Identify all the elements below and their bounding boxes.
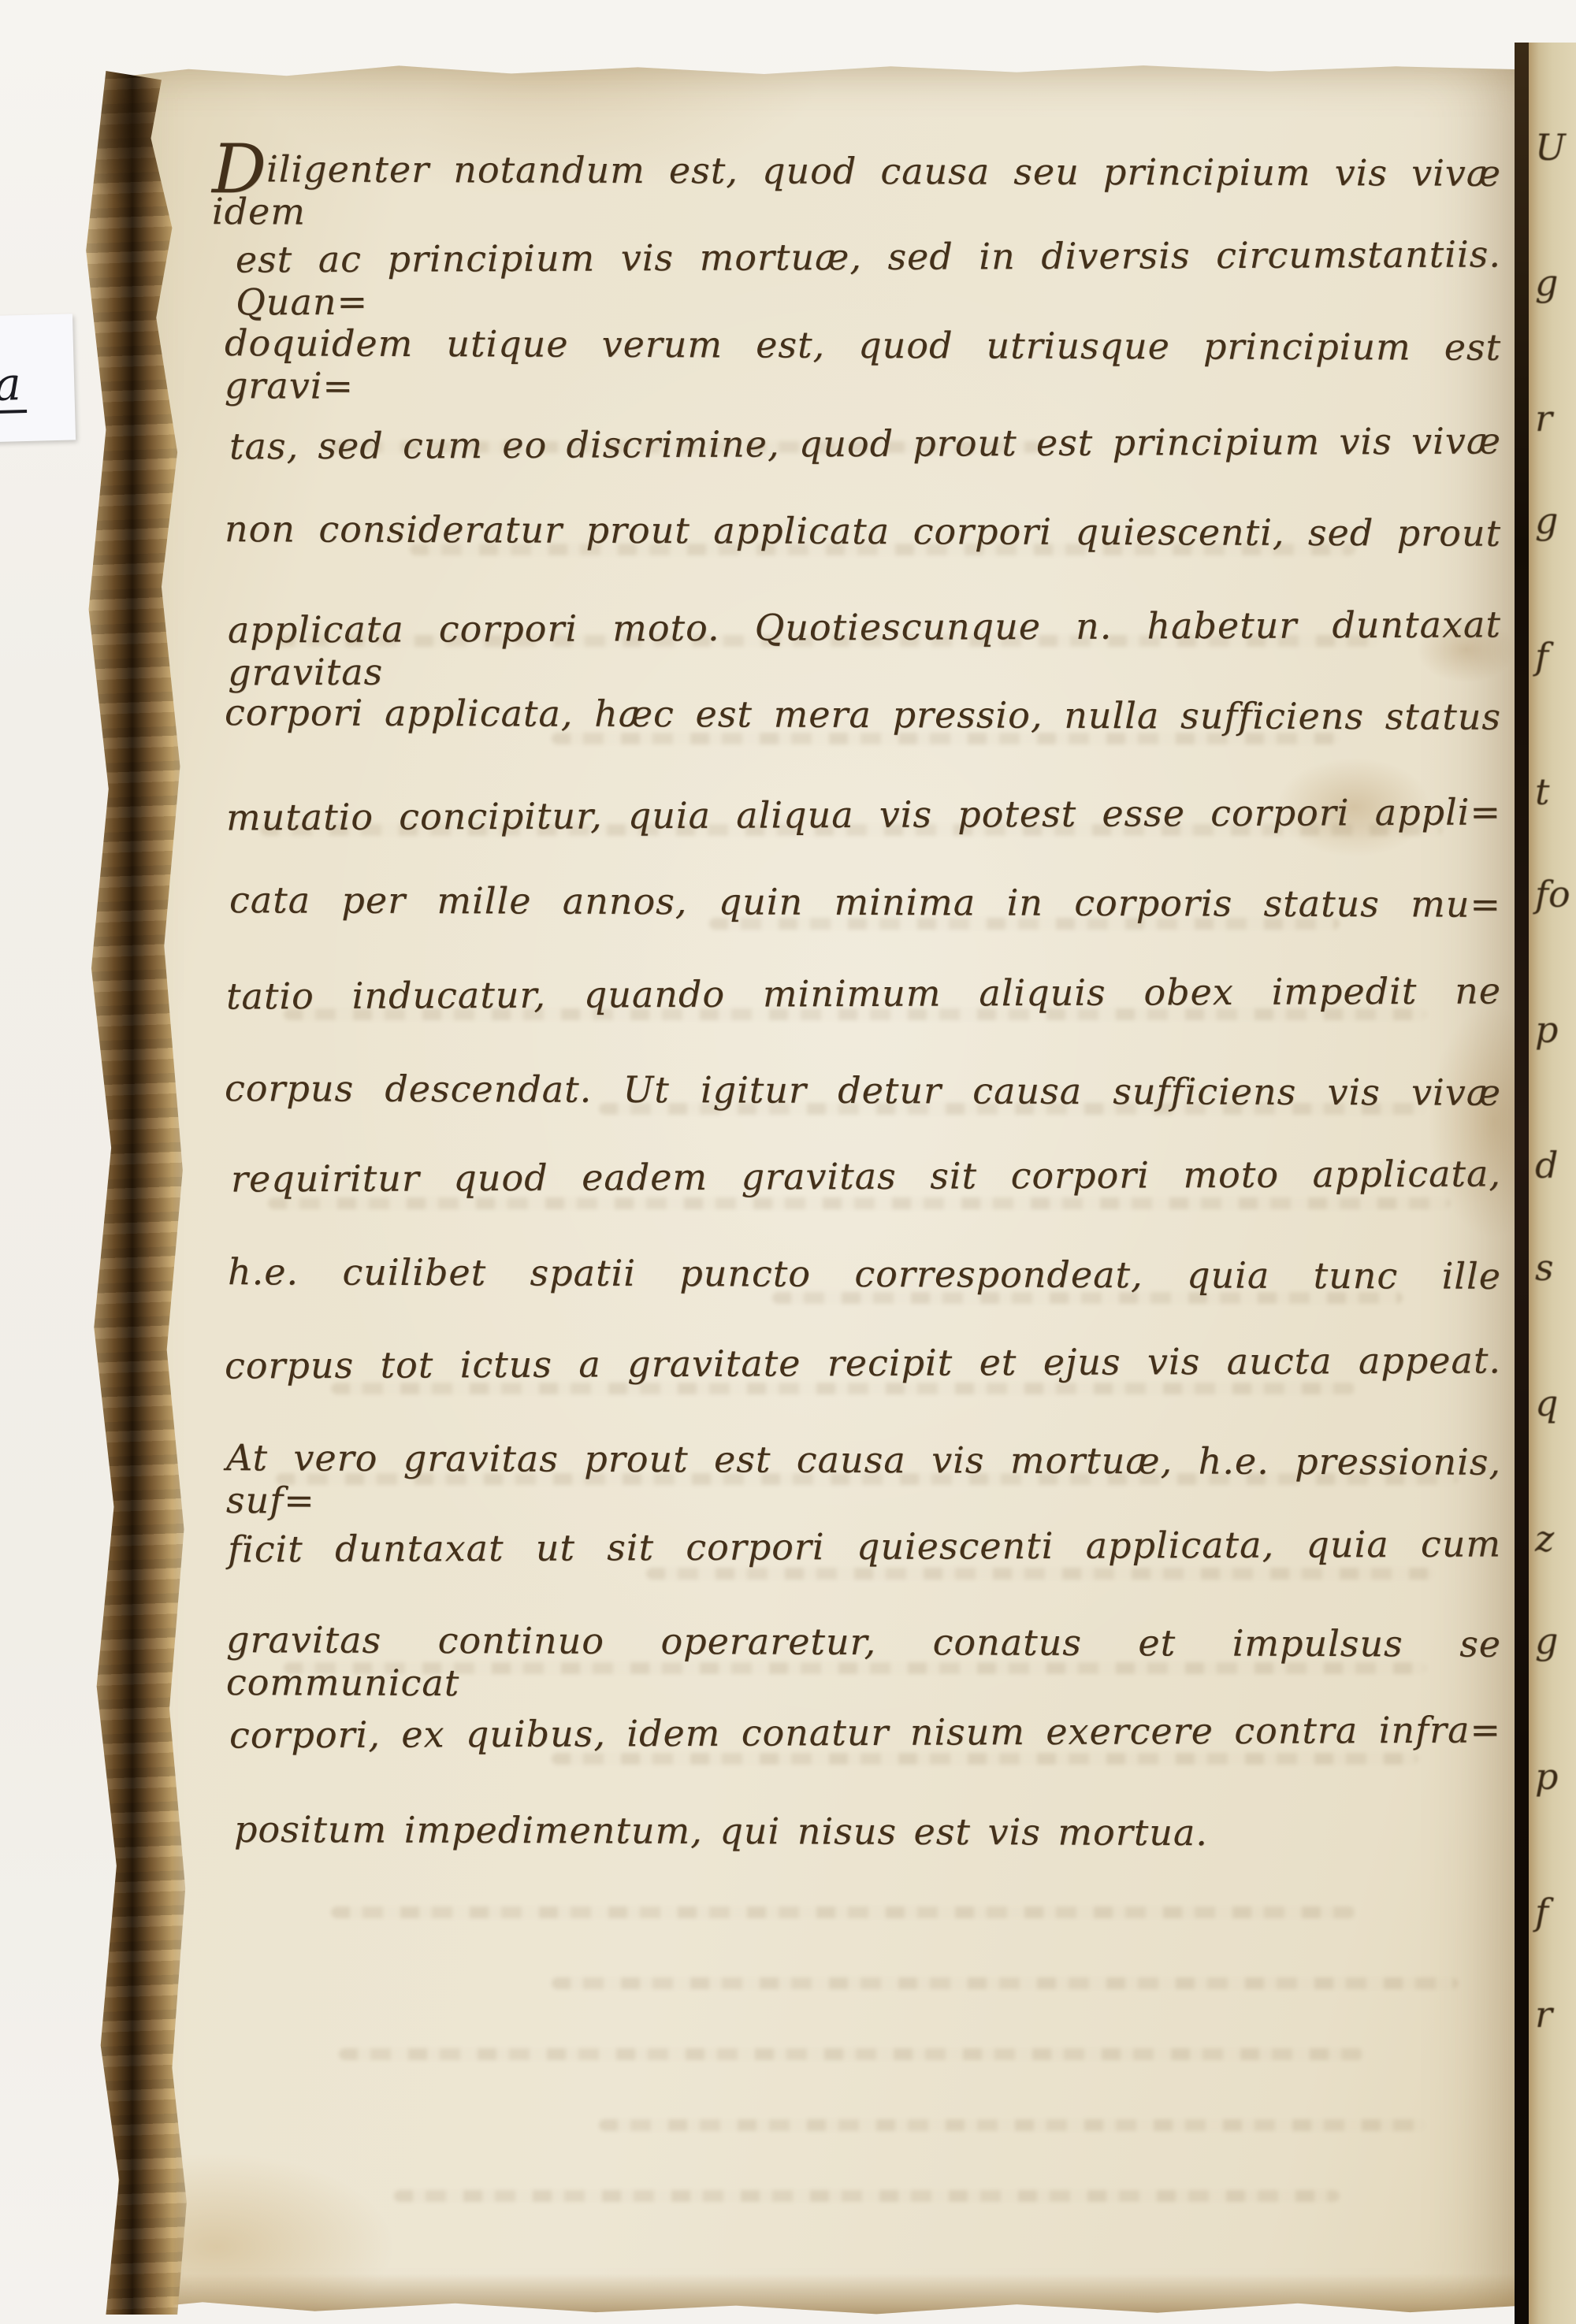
- book-gutter: [1515, 43, 1529, 2324]
- manuscript-line: est ac principium vis mortuæ, sed in div…: [236, 233, 1501, 325]
- facing-page-text-fragment: U: [1535, 129, 1566, 165]
- facing-page-text-fragment: p: [1535, 1012, 1558, 1048]
- manuscript-line: ficit duntaxat ut sit corpori quiescenti…: [228, 1522, 1501, 1570]
- manuscript-line: cata per mille annos, quin minima in cor…: [229, 879, 1501, 926]
- facing-page-text-fragment: q: [1535, 1385, 1558, 1421]
- manuscript-line: mutatio concipitur, quia aliqua vis pote…: [226, 791, 1501, 839]
- facing-page-edge: Ugrgftfopdsqzgpfr: [1529, 43, 1576, 2324]
- manuscript-line: At vero gravitas prout est causa vis mor…: [226, 1436, 1501, 1526]
- manuscript-line: applicata corpori moto. Quotiescunque n.…: [228, 603, 1501, 694]
- facing-page-text-fragment: f: [1535, 638, 1548, 674]
- facing-page-text-fragment: r: [1535, 400, 1552, 436]
- facing-page-text-fragment: fo: [1535, 876, 1570, 912]
- manuscript-line: doquidem utique verum est, quod utriusqu…: [225, 321, 1501, 411]
- manuscript-line: gravitas continuo operaretur, conatus et…: [226, 1618, 1501, 1708]
- manuscript-line: requiritur quod eadem gravitas sit corpo…: [231, 1153, 1501, 1201]
- manuscript-line: non consideratur prout applicata corpori…: [225, 507, 1501, 555]
- facing-page-text-fragment: r: [1535, 1996, 1552, 2033]
- text-layer: Diligenter notandum est, quod causa seu …: [0, 0, 1576, 2324]
- manuscript-line: h.e. cuilibet spatii puncto correspondea…: [228, 1250, 1501, 1298]
- manuscript-line: positum impedimentum, qui nisus est vis …: [234, 1808, 1208, 1854]
- facing-page-text-fragment: t: [1535, 774, 1550, 810]
- photo-canvas: a Diligenter notandum est, quod causa se…: [0, 0, 1576, 2324]
- facing-page-text-fragment: s: [1535, 1249, 1554, 1286]
- manuscript-line: corpori, ex quibus, idem conatur nisum e…: [229, 1709, 1501, 1757]
- facing-page-text-fragment: d: [1535, 1147, 1558, 1183]
- facing-page-text-fragment: p: [1535, 1758, 1558, 1795]
- manuscript-line: corpus descendat. Ut igitur detur causa …: [225, 1067, 1501, 1114]
- manuscript-line: corpori applicata, hæc est mera pressio,…: [225, 691, 1501, 738]
- facing-page-text-fragment: f: [1535, 1894, 1548, 1930]
- facing-page-text-fragment: z: [1535, 1520, 1554, 1557]
- manuscript-line: Diligenter notandum est, quod causa seu …: [212, 147, 1501, 237]
- facing-page-text-fragment: g: [1535, 503, 1558, 539]
- facing-page-text-fragment: g: [1535, 1623, 1558, 1659]
- facing-page-text-fragment: g: [1535, 265, 1558, 301]
- manuscript-line: tatio inducatur, quando minimum aliquis …: [226, 969, 1501, 1017]
- manuscript-line: tas, sed cum eo discrimine, quod prout e…: [229, 419, 1501, 467]
- manuscript-line: corpus tot ictus a gravitate recipit et …: [225, 1338, 1501, 1387]
